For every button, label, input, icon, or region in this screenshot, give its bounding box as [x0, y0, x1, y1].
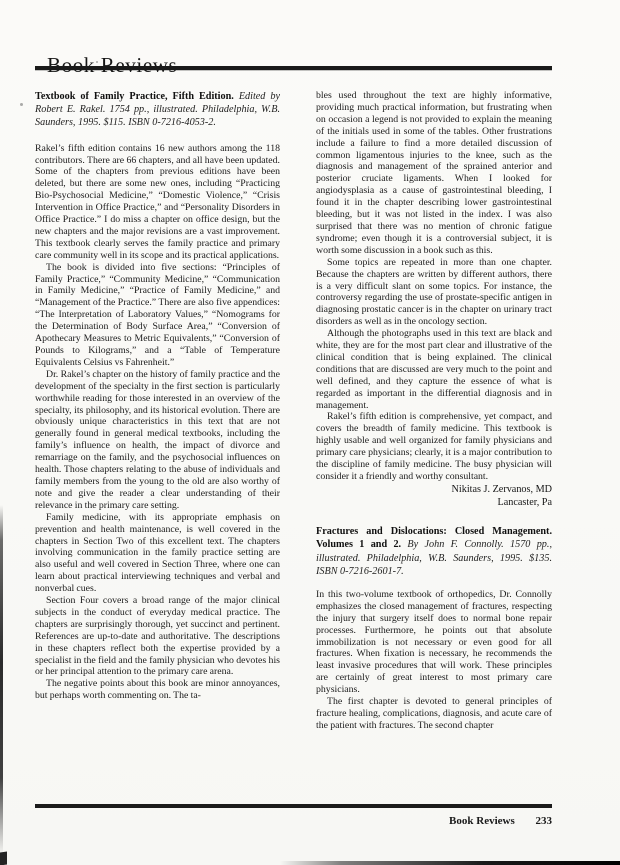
- scan-artifact-speck: [96, 61, 98, 63]
- right-column: bles used throughout the text are highly…: [316, 90, 552, 802]
- scanned-journal-page: Book Reviews Textbook of Family Practice…: [0, 0, 620, 865]
- review1-book-title: Textbook of Family Practice, Fifth Editi…: [35, 91, 234, 102]
- left-column: Textbook of Family Practice, Fifth Editi…: [35, 90, 280, 802]
- review1-paragraph: Some topics are repeated in more than on…: [316, 257, 552, 328]
- review1-paragraph: The negative points about this book are …: [35, 678, 280, 702]
- review1-paragraph: Section Four covers a broad range of the…: [35, 595, 280, 678]
- two-column-text-block: Textbook of Family Practice, Fifth Editi…: [35, 90, 552, 802]
- scan-artifact-bottom-edge: [280, 861, 620, 865]
- review1-paragraph: Rakel’s fifth edition contains 16 new au…: [35, 143, 280, 262]
- reviewer-signature: Nikitas J. Zervanos, MD Lancaster, Pa: [316, 484, 552, 509]
- scan-artifact-corner-mark: [0, 852, 7, 865]
- page-number: 233: [536, 815, 553, 827]
- review1-paragraph: Although the photographs used in this te…: [316, 328, 552, 411]
- footer-rule: [35, 804, 552, 808]
- review1-paragraph: Dr. Rakel’s chapter on the history of fa…: [35, 369, 280, 512]
- review2-paragraph: In this two-volume textbook of orthopedi…: [316, 589, 552, 696]
- footer-section-label: Book Reviews: [449, 815, 515, 827]
- review2-paragraph: The first chapter is devoted to general …: [316, 696, 552, 732]
- running-footer: Book Reviews 233: [35, 814, 552, 828]
- reviewer-location: Lancaster, Pa: [316, 497, 552, 510]
- review1-paragraph: Family medicine, with its appropriate em…: [35, 512, 280, 595]
- review2-citation: Fractures and Dislocations: Closed Manag…: [316, 525, 552, 578]
- scan-artifact-left-edge: [0, 505, 3, 855]
- scan-artifact-speck: [20, 103, 23, 106]
- review1-paragraph: Rakel’s fifth edition is comprehensive, …: [316, 411, 552, 482]
- header-rule: [35, 66, 552, 70]
- reviewer-name: Nikitas J. Zervanos, MD: [316, 484, 552, 497]
- review1-paragraph: The book is divided into five sections: …: [35, 262, 280, 369]
- review1-citation: Textbook of Family Practice, Fifth Editi…: [35, 90, 280, 130]
- review1-paragraph-continued: bles used throughout the text are highly…: [316, 90, 552, 257]
